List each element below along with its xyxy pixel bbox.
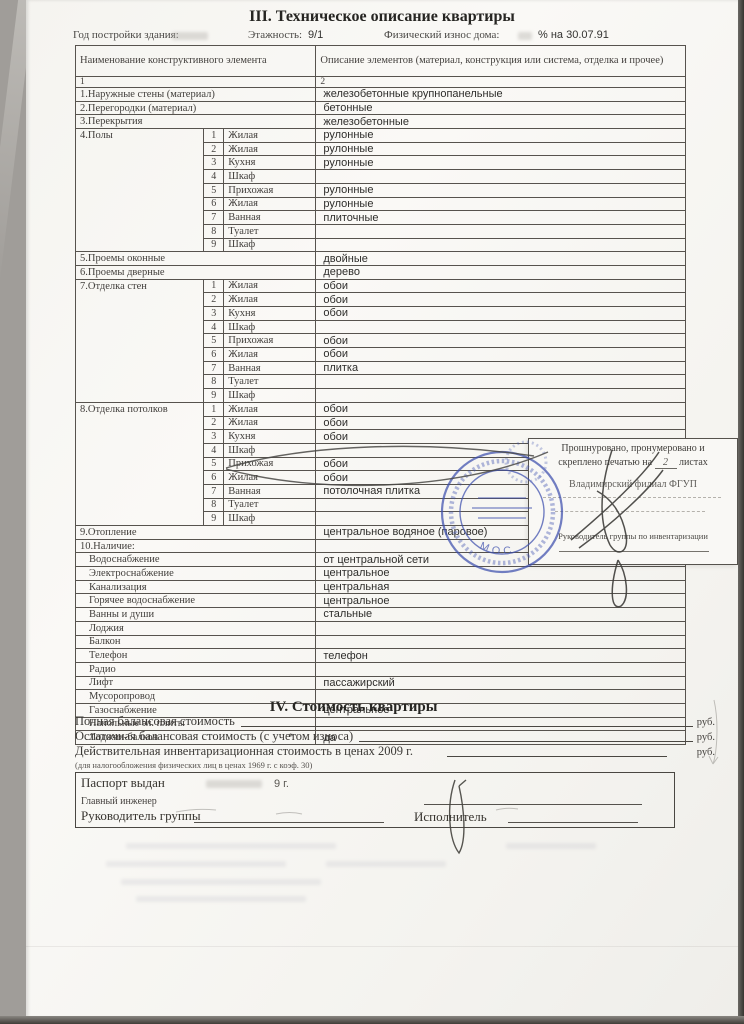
room-name: Прихожая [224,334,316,348]
building-meta-row: Год постройки здания: Этажность: 9/1 Физ… [26,29,738,43]
room-number: 5 [204,183,224,197]
element-value: центральное [316,594,686,608]
element-label: 9.Отопление [76,526,316,540]
element-value: рулонные [316,129,686,143]
currency-suffix: руб. [697,732,715,743]
signature-box: Паспорт выдан 9 г. Главный инженер Руков… [75,772,675,828]
room-number: 1 [204,402,224,416]
room-name: Ванная [224,211,316,225]
cost-line-residual: Остаточная балансовая стоимость (с учето… [75,729,715,744]
tech-description-table: Наименование конструктивного элемента Оп… [75,45,686,745]
room-number: 3 [204,430,224,444]
room-number: 8 [204,375,224,389]
wear-redacted-value [518,32,532,40]
room-name: Жилая [224,471,316,485]
passport-issued-label: Паспорт выдан [81,775,165,791]
underlying-page-edge [26,946,738,947]
element-value: дерево [316,265,686,279]
element-label: 1.Наружные стены (материал) [76,88,316,102]
scanned-document-page: III. Техническое описание квартиры Год п… [0,0,744,1024]
room-name: Шкаф [224,238,316,252]
element-label: Лифт [76,676,316,690]
stitched-line1: Прошнуровано, пронумеровано и [529,443,737,454]
bleed-through-text [106,861,286,867]
bleed-through-text [506,843,596,849]
bleed-through-text [326,861,446,867]
element-value: железобетонные [316,115,686,129]
element-value [316,621,686,635]
floors-label: Этажность: [248,29,302,41]
redacted-line [543,497,721,498]
room-number: 2 [204,293,224,307]
element-label: Водоснабжение [76,553,316,567]
room-name: Шкаф [224,320,316,334]
room-number: 2 [204,416,224,430]
table-row: Радио [76,662,686,676]
element-label: 7.Отделка стен [76,279,204,402]
sheets-count-handwritten: 2 [655,457,677,469]
element-value [316,224,686,238]
element-value: пассажирский [316,676,686,690]
table-row: Лоджия [76,621,686,635]
table-row: Электроснабжениецентральное [76,567,686,581]
element-label: Лоджия [76,621,316,635]
element-label: Телефон [76,649,316,663]
room-name: Туалет [224,375,316,389]
room-number: 7 [204,211,224,225]
room-name: Туалет [224,498,316,512]
room-name: Жилая [224,293,316,307]
element-value: обои [316,416,686,430]
table-row: 5.Проемы оконныедвойные [76,252,686,266]
redacted-line [555,511,705,512]
element-value: телефон [316,649,686,663]
room-name: Жилая [224,279,316,293]
element-value: рулонные [316,183,686,197]
room-number: 3 [204,156,224,170]
room-number: 6 [204,197,224,211]
element-label: Балкон [76,635,316,649]
room-number: 4 [204,320,224,334]
table-row: 3.Перекрытияжелезобетонные [76,115,686,129]
chief-engineer-label: Главный инженер [81,796,157,807]
room-name: Ванная [224,484,316,498]
passport-date-fragment: 9 г. [274,778,289,790]
table-row: 2.Перегородки (материал)бетонные [76,101,686,115]
room-number: 3 [204,307,224,321]
room-name: Прихожая [224,183,316,197]
cost-line-inventory: Действительная инвентаризационная стоимо… [75,744,715,759]
element-value: обои [316,293,686,307]
room-number: 8 [204,498,224,512]
room-name: Жилая [224,416,316,430]
branch-org-name: Владимирский филиал ФГУП [529,479,737,490]
room-name: Жилая [224,402,316,416]
room-number: 1 [204,279,224,293]
wear-suffix: % на 30.07.91 [538,29,609,41]
executor-label: Исполнитель [414,809,487,825]
element-label: Ванны и души [76,608,316,622]
room-number: 7 [204,361,224,375]
element-label: 4.Полы [76,129,204,252]
element-label: Канализация [76,580,316,594]
signature-line [559,551,709,552]
element-value: обои [316,348,686,362]
table-row: Телефонтелефон [76,649,686,663]
col2-header: Описание элементов (материал, конструкци… [316,46,686,77]
element-value: обои [316,334,686,348]
table-row: 6.Проемы дверныедерево [76,265,686,279]
element-value [316,238,686,252]
blank-line [447,756,667,757]
table-row: 8.Отделка потолков1Жилаяобои [76,402,686,416]
table-row: 4.Полы1Жилаярулонные [76,129,686,143]
room-number: 1 [204,129,224,143]
table-row: 7.Отделка стен1Жилаяобои [76,279,686,293]
room-name: Ванная [224,361,316,375]
paper-sheet: III. Техническое описание квартиры Год п… [26,0,738,1018]
signature-line [508,822,638,823]
wear-label: Физический износ дома: [384,29,499,41]
room-number: 4 [204,170,224,184]
element-label: 5.Проемы оконные [76,252,316,266]
element-value: рулонные [316,197,686,211]
element-value [316,389,686,403]
room-name: Жилая [224,197,316,211]
bleed-through-text [126,843,336,849]
col1-number: 1 [76,77,316,88]
element-label: 6.Проемы дверные [76,265,316,279]
room-name: Жилая [224,129,316,143]
room-name: Шкаф [224,170,316,184]
tax-note: (для налогообложения физических лиц в це… [75,760,312,770]
element-value: центральная [316,580,686,594]
table-header-row: Наименование конструктивного элемента Оп… [76,46,686,77]
room-number: 6 [204,471,224,485]
element-value [316,170,686,184]
blank-line [359,741,693,742]
element-value: плитка [316,361,686,375]
room-name: Шкаф [224,512,316,526]
bleed-through-text [121,879,321,885]
cost-label: Полная балансовая стоимость [75,714,235,729]
group-head-label: Руководитель группы [81,808,201,824]
floors-value: 9/1 [308,29,323,41]
scan-edge-right [738,0,744,1024]
element-label: Электроснабжение [76,567,316,581]
cost-label: Действительная инвентаризационная стоимо… [75,744,413,759]
room-number: 5 [204,457,224,471]
element-value: центральное [316,567,686,581]
element-label: 2.Перегородки (материал) [76,101,316,115]
blank-line [241,726,693,727]
element-label: 10.Наличие: [76,539,316,553]
element-label: Горячее водоснабжение [76,594,316,608]
table-row: Канализацияцентральная [76,580,686,594]
currency-suffix: руб. [697,747,715,758]
signature-line [194,822,384,823]
table-row: Балкон [76,635,686,649]
table-colnum-row: 1 2 [76,77,686,88]
page-title: III. Техническое описание квартиры [26,8,738,26]
room-name: Шкаф [224,443,316,457]
room-name: Прихожая [224,457,316,471]
room-name: Кухня [224,307,316,321]
scan-edge-bottom [0,1016,744,1024]
cost-line-full: Полная балансовая стоимость руб. [75,714,715,729]
table-row: Лифтпассажирский [76,676,686,690]
room-number: 2 [204,142,224,156]
room-name: Жилая [224,142,316,156]
year-built-label: Год постройки здания: [73,29,179,41]
room-number: 6 [204,348,224,362]
room-number: 8 [204,224,224,238]
stamp-certification-box: Прошнуровано, пронумеровано и скреплено … [528,438,738,565]
element-value: плиточные [316,211,686,225]
element-label: 8.Отделка потолков [76,402,204,525]
cost-label: Остаточная балансовая стоимость (с учето… [75,729,353,744]
element-value: рулонные [316,156,686,170]
element-value [316,635,686,649]
element-value [316,662,686,676]
inventory-head-role: Руководитель группы по инвентаризации [529,531,737,541]
stitched-line2: скреплено печатью на 2 листах [529,457,737,469]
currency-suffix: руб. [697,717,715,728]
element-value [316,320,686,334]
element-value: обои [316,402,686,416]
col2-number: 2 [316,77,686,88]
room-name: Шкаф [224,389,316,403]
room-name: Кухня [224,156,316,170]
room-name: Кухня [224,430,316,444]
room-number: 4 [204,443,224,457]
year-built-redacted-value [172,32,208,40]
room-number: 9 [204,238,224,252]
element-value: бетонные [316,101,686,115]
element-value: обои [316,279,686,293]
room-number: 5 [204,334,224,348]
table-row: Горячее водоснабжениецентральное [76,594,686,608]
element-value [316,375,686,389]
element-value: двойные [316,252,686,266]
element-label: 3.Перекрытия [76,115,316,129]
element-value: рулонные [316,142,686,156]
element-value: железобетонные крупнопанельные [316,88,686,102]
element-value: обои [316,307,686,321]
signature-line [424,804,642,805]
table-row: 1.Наружные стены (материал)железобетонны… [76,88,686,102]
room-number: 9 [204,389,224,403]
col1-header: Наименование конструктивного элемента [76,46,316,77]
element-value: стальные [316,608,686,622]
room-number: 7 [204,484,224,498]
bleed-through-text [136,896,306,902]
table-row: Ванны и душистальные [76,608,686,622]
room-name: Жилая [224,348,316,362]
element-label: Радио [76,662,316,676]
passport-date-redacted [206,780,262,788]
room-number: 9 [204,512,224,526]
room-name: Туалет [224,224,316,238]
